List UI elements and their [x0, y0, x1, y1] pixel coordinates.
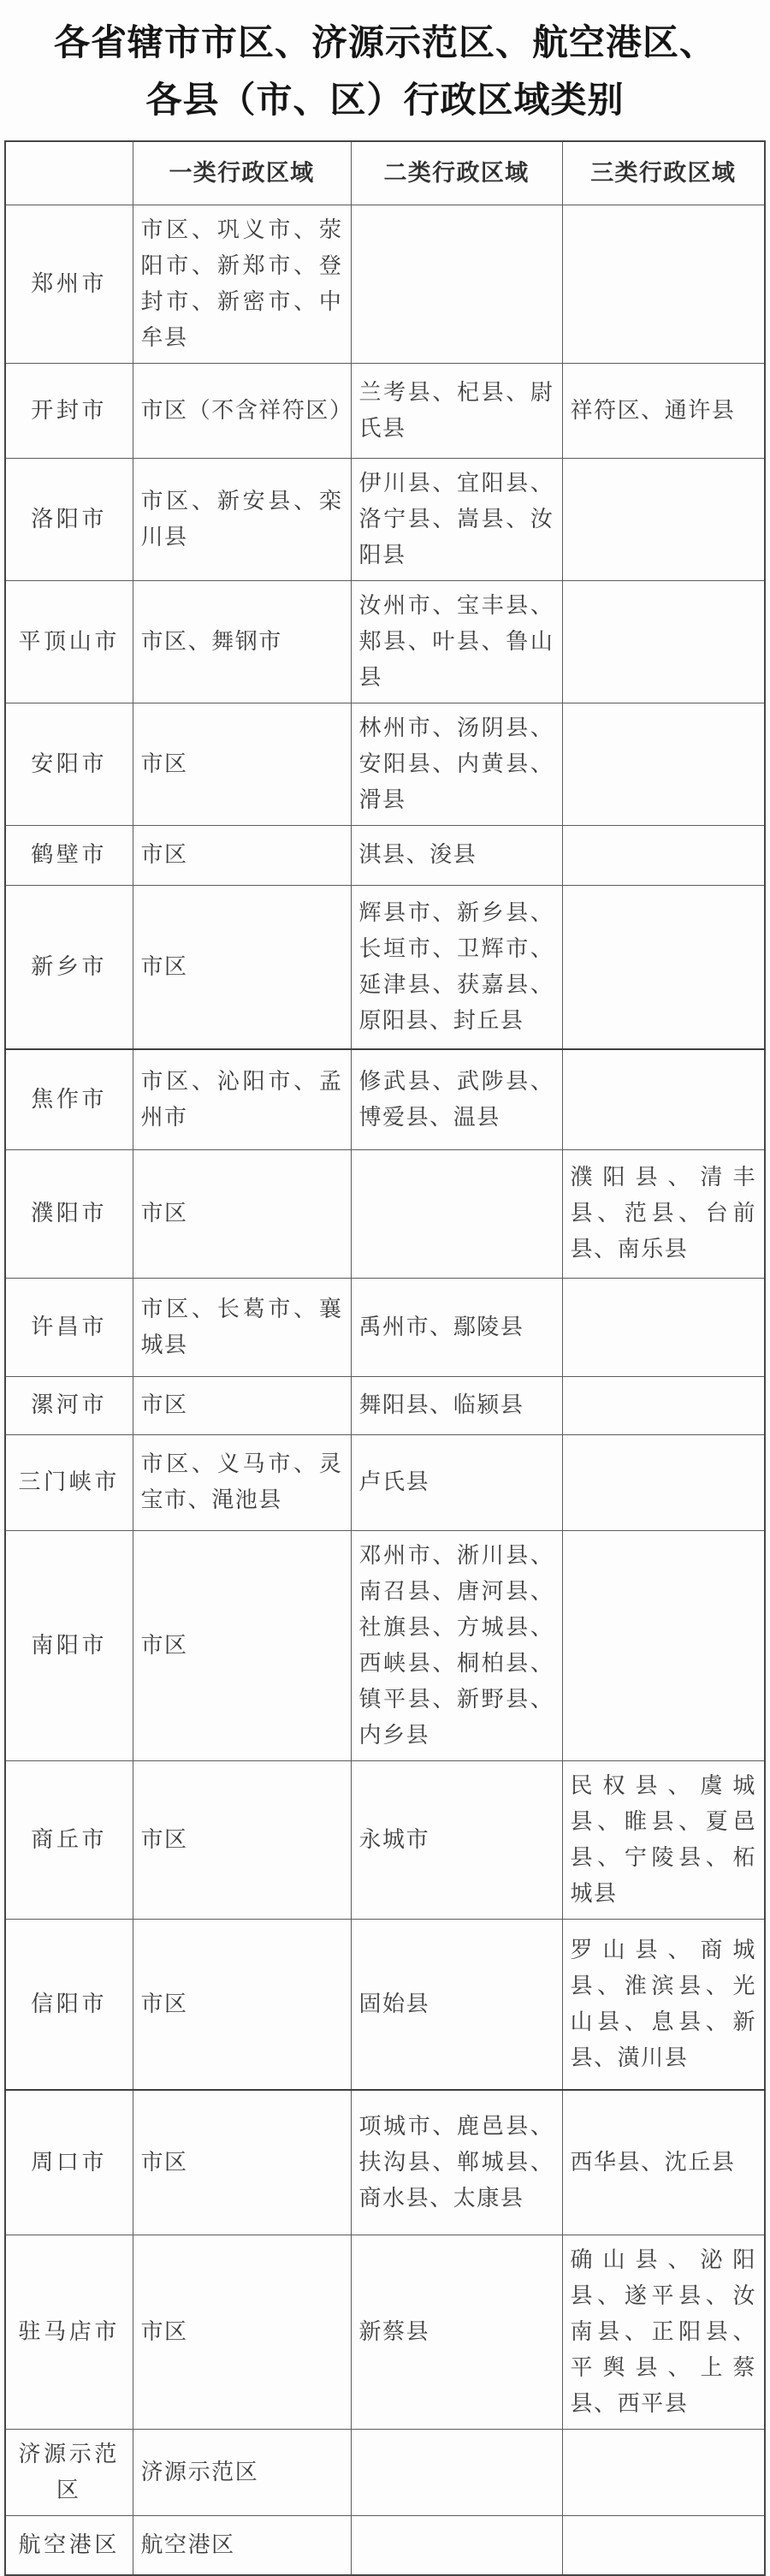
cell-class3: 濮阳县、清丰县、范县、台前县、南乐县	[562, 1149, 765, 1278]
cell-class2: 林州市、汤阴县、安阳县、内黄县、滑县	[351, 703, 562, 825]
cell-class1: 市区、长葛市、襄城县	[133, 1278, 351, 1376]
cell-city: 平顶山市	[5, 580, 133, 703]
cell-class3	[562, 703, 765, 825]
cell-class1: 市区、舞钢市	[133, 580, 351, 703]
cell-class1: 航空港区	[133, 2515, 351, 2575]
cell-class2: 伊川县、宜阳县、洛宁县、嵩县、汝阳县	[351, 458, 562, 580]
table-row: 驻马店市 市区 新蔡县 确山县、泌阳县、遂平县、汝南县、正阳县、平舆县、上蔡县、…	[5, 2235, 765, 2429]
cell-class1: 市区	[133, 2090, 351, 2235]
table-row: 洛阳市 市区、新安县、栾川县 伊川县、宜阳县、洛宁县、嵩县、汝阳县	[5, 458, 765, 580]
cell-class3	[562, 580, 765, 703]
cell-class1: 市区	[133, 2235, 351, 2429]
cell-class2: 项城市、鹿邑县、扶沟县、郸城县、商水县、太康县	[351, 2090, 562, 2235]
cell-class2	[351, 2515, 562, 2575]
cell-class2: 淇县、浚县	[351, 825, 562, 885]
table-row: 焦作市 市区、沁阳市、孟州市 修武县、武陟县、博爱县、温县	[5, 1049, 765, 1149]
header-cell-class2: 二类行政区域	[351, 141, 562, 205]
header-row: 一类行政区域 二类行政区域 三类行政区域	[5, 141, 765, 205]
cell-class2: 新蔡县	[351, 2235, 562, 2429]
cell-class2: 邓州市、淅川县、南召县、唐河县、社旗县、方城县、西峡县、桐柏县、镇平县、新野县、…	[351, 1530, 562, 1760]
cell-class2	[351, 2429, 562, 2515]
cell-class3	[562, 1049, 765, 1149]
table-row: 平顶山市 市区、舞钢市 汝州市、宝丰县、郏县、叶县、鲁山县	[5, 580, 765, 703]
title-line-1: 各省辖市市区、济源示范区、航空港区、	[0, 14, 770, 71]
cell-class2: 兰考县、杞县、尉氏县	[351, 363, 562, 458]
cell-city: 航空港区	[5, 2515, 133, 2575]
table-row: 新乡市 市区 辉县市、新乡县、长垣市、卫辉市、延津县、获嘉县、原阳县、封丘县	[5, 885, 765, 1049]
cell-class1: 市区	[133, 825, 351, 885]
cell-class3: 祥符区、通许县	[562, 363, 765, 458]
cell-class3	[562, 2429, 765, 2515]
cell-class1: 市区、沁阳市、孟州市	[133, 1049, 351, 1149]
cell-class3	[562, 205, 765, 363]
cell-city: 三门峡市	[5, 1434, 133, 1530]
cell-class3	[562, 825, 765, 885]
cell-city: 安阳市	[5, 703, 133, 825]
table-row: 濮阳市 市区 濮阳县、清丰县、范县、台前县、南乐县	[5, 1149, 765, 1278]
cell-class3	[562, 1434, 765, 1530]
cell-class1: 市区	[133, 1376, 351, 1434]
cell-class1: 市区	[133, 885, 351, 1049]
header-cell-class1: 一类行政区域	[133, 141, 351, 205]
cell-class2: 卢氏县	[351, 1434, 562, 1530]
cell-class2: 舞阳县、临颍县	[351, 1376, 562, 1434]
cell-city: 开封市	[5, 363, 133, 458]
document-page: 各省辖市市区、济源示范区、航空港区、 各县（市、区）行政区域类别 一类行政区域 …	[0, 0, 770, 2576]
table-row: 三门峡市 市区、义马市、灵宝市、渑池县 卢氏县	[5, 1434, 765, 1530]
cell-city: 许昌市	[5, 1278, 133, 1376]
cell-class3: 罗山县、商城县、淮滨县、光山县、息县、新县、潢川县	[562, 1919, 765, 2090]
cell-class2: 固始县	[351, 1919, 562, 2090]
cell-class1: 市区	[133, 1149, 351, 1278]
cell-city: 漯河市	[5, 1376, 133, 1434]
cell-class3: 民权县、虞城县、睢县、夏邑县、宁陵县、柘城县	[562, 1760, 765, 1919]
cell-class3	[562, 1376, 765, 1434]
cell-city: 洛阳市	[5, 458, 133, 580]
cell-class2	[351, 1149, 562, 1278]
table-row: 许昌市 市区、长葛市、襄城县 禹州市、鄢陵县	[5, 1278, 765, 1376]
table-row: 航空港区 航空港区	[5, 2515, 765, 2575]
cell-class3	[562, 1530, 765, 1760]
cell-city: 鹤壁市	[5, 825, 133, 885]
cell-city: 焦作市	[5, 1049, 133, 1149]
cell-class3	[562, 2515, 765, 2575]
table-row: 商丘市 市区 永城市 民权县、虞城县、睢县、夏邑县、宁陵县、柘城县	[5, 1760, 765, 1919]
table-row: 南阳市 市区 邓州市、淅川县、南召县、唐河县、社旗县、方城县、西峡县、桐柏县、镇…	[5, 1530, 765, 1760]
cell-class1: 市区（不含祥符区）	[133, 363, 351, 458]
cell-class1: 市区	[133, 1760, 351, 1919]
table-row: 鹤壁市 市区 淇县、浚县	[5, 825, 765, 885]
cell-class1: 市区、新安县、栾川县	[133, 458, 351, 580]
cell-city: 商丘市	[5, 1760, 133, 1919]
cell-city: 济源示范区	[5, 2429, 133, 2515]
cell-class2: 永城市	[351, 1760, 562, 1919]
cell-city: 信阳市	[5, 1919, 133, 2090]
cell-class2	[351, 205, 562, 363]
cell-class1: 市区	[133, 1919, 351, 2090]
cell-class1: 济源示范区	[133, 2429, 351, 2515]
cell-class2: 汝州市、宝丰县、郏县、叶县、鲁山县	[351, 580, 562, 703]
table-row: 开封市 市区（不含祥符区） 兰考县、杞县、尉氏县 祥符区、通许县	[5, 363, 765, 458]
document-title: 各省辖市市区、济源示范区、航空港区、 各县（市、区）行政区域类别	[0, 0, 770, 140]
region-classification-table: 一类行政区域 二类行政区域 三类行政区域 郑州市 市区、巩义市、荥阳市、新郑市、…	[4, 140, 766, 2576]
cell-class2: 辉县市、新乡县、长垣市、卫辉市、延津县、获嘉县、原阳县、封丘县	[351, 885, 562, 1049]
table-row: 安阳市 市区 林州市、汤阴县、安阳县、内黄县、滑县	[5, 703, 765, 825]
cell-class1: 市区、义马市、灵宝市、渑池县	[133, 1434, 351, 1530]
cell-city: 驻马店市	[5, 2235, 133, 2429]
table-row: 漯河市 市区 舞阳县、临颍县	[5, 1376, 765, 1434]
cell-city: 郑州市	[5, 205, 133, 363]
cell-class3	[562, 885, 765, 1049]
cell-city: 南阳市	[5, 1530, 133, 1760]
table-row: 济源示范区 济源示范区	[5, 2429, 765, 2515]
cell-class3	[562, 1278, 765, 1376]
cell-class2: 修武县、武陟县、博爱县、温县	[351, 1049, 562, 1149]
cell-class1: 市区	[133, 1530, 351, 1760]
header-cell-class3: 三类行政区域	[562, 141, 765, 205]
cell-city: 濮阳市	[5, 1149, 133, 1278]
cell-class2: 禹州市、鄢陵县	[351, 1278, 562, 1376]
title-line-2: 各县（市、区）行政区域类别	[0, 71, 770, 128]
cell-class1: 市区、巩义市、荥阳市、新郑市、登封市、新密市、中牟县	[133, 205, 351, 363]
header-cell-empty	[5, 141, 133, 205]
table-row: 郑州市 市区、巩义市、荥阳市、新郑市、登封市、新密市、中牟县	[5, 205, 765, 363]
table-row: 周口市 市区 项城市、鹿邑县、扶沟县、郸城县、商水县、太康县 西华县、沈丘县	[5, 2090, 765, 2235]
cell-city: 周口市	[5, 2090, 133, 2235]
cell-class3	[562, 458, 765, 580]
cell-city: 新乡市	[5, 885, 133, 1049]
cell-class1: 市区	[133, 703, 351, 825]
table-row: 信阳市 市区 固始县 罗山县、商城县、淮滨县、光山县、息县、新县、潢川县	[5, 1919, 765, 2090]
cell-class3: 西华县、沈丘县	[562, 2090, 765, 2235]
cell-class3: 确山县、泌阳县、遂平县、汝南县、正阳县、平舆县、上蔡县、西平县	[562, 2235, 765, 2429]
